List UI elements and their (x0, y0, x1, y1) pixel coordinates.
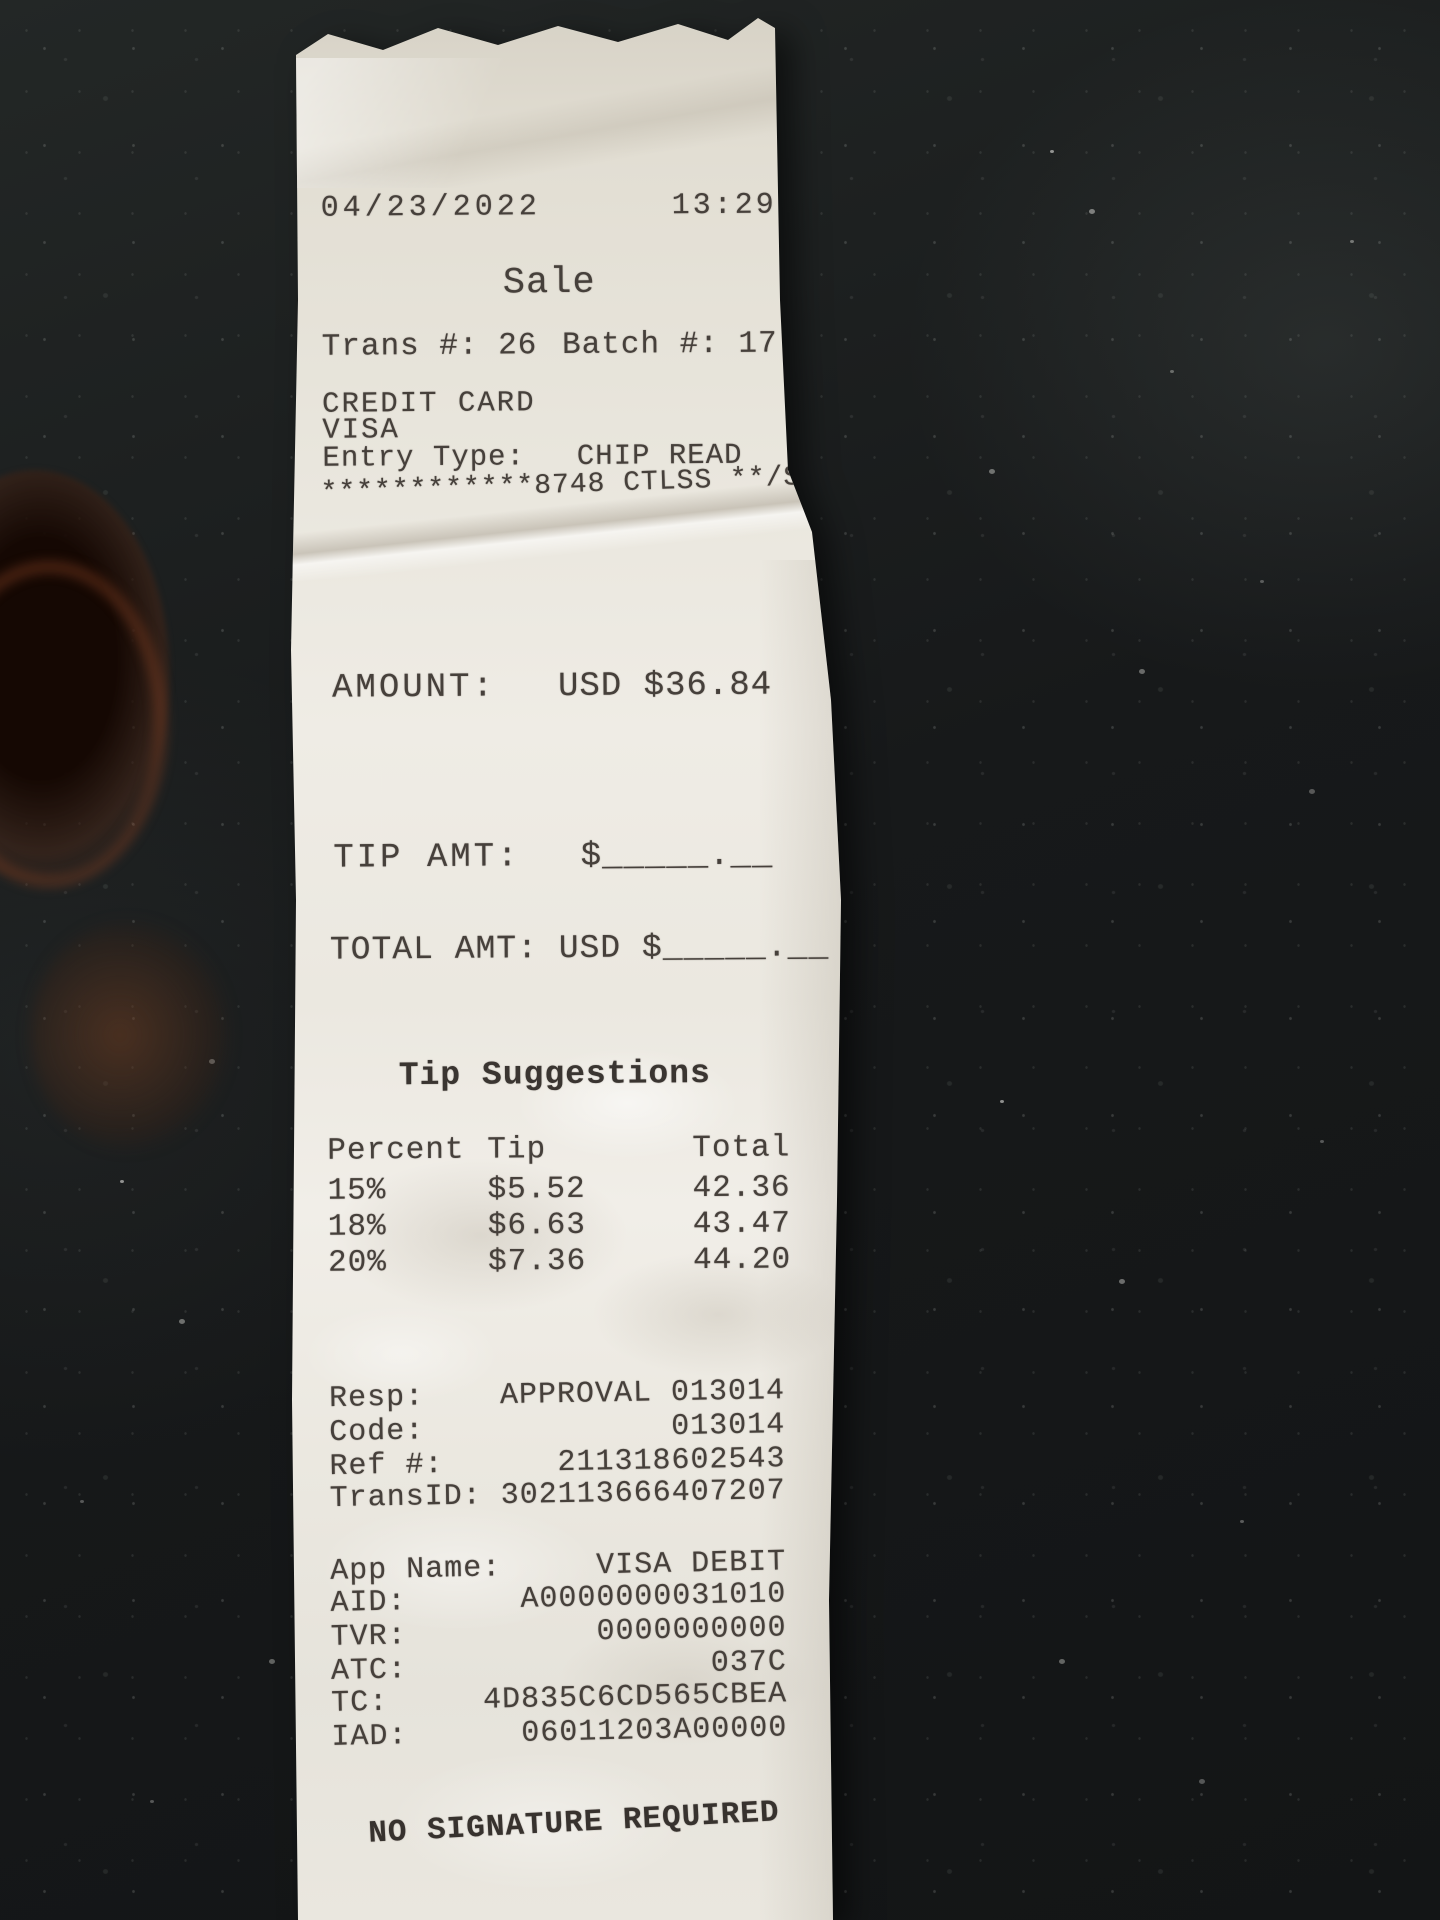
tip-suggestion-row: 15% $5.52 42.36 (327, 1171, 785, 1209)
tip-row-total: 43.47 (693, 1206, 791, 1242)
tip-row-percent: 15% (327, 1173, 487, 1209)
transid-label: TransID: (329, 1479, 482, 1516)
granite-speckles (1050, 150, 1054, 153)
tc-label: TC: (331, 1686, 389, 1721)
datetime-row: 04/23/2022 13:29 (321, 189, 777, 226)
trans-label: Trans #: (322, 329, 479, 365)
atc-value: 037C (711, 1645, 788, 1681)
receipt-time: 13:29 (672, 189, 777, 224)
receipt-paper: 04/23/2022 13:29 Sale Trans #: 26 Batch … (288, 0, 854, 1920)
tip-row-tip: $5.52 (487, 1171, 692, 1207)
tip-row-tip: $6.63 (488, 1207, 693, 1243)
batch-number: Batch #: 17 (562, 327, 778, 364)
tip-suggestions-header: Percent Tip Total (327, 1131, 785, 1169)
ref-label: Ref #: (329, 1448, 444, 1484)
tip-row-total: 44.20 (693, 1242, 791, 1278)
tip-suggestions-title-row: Tip Suggestions (327, 1055, 783, 1095)
entry-type-label: Entry Type: (322, 440, 525, 474)
col-percent: Percent (327, 1133, 487, 1169)
aid-value: A0000000031010 (520, 1577, 787, 1617)
tip-suggestion-row: 20% $7.36 44.20 (328, 1243, 786, 1281)
receipt-date: 04/23/2022 (321, 190, 541, 226)
granite-speckles (120, 1180, 124, 1183)
tip-label: TIP AMT: (333, 838, 520, 877)
tip-row-percent: 18% (328, 1209, 488, 1245)
trans-value: 26 (498, 328, 537, 363)
receipt-photo: 04/23/2022 13:29 Sale Trans #: 26 Batch … (288, 0, 854, 1920)
total-label: TOTAL AMT: USD $ (330, 929, 663, 968)
tip-suggestions-title: Tip Suggestions (399, 1055, 711, 1094)
receipt-content: 04/23/2022 13:29 Sale Trans #: 26 Batch … (281, 0, 860, 1920)
trans-number: Trans #: 26 (322, 328, 538, 365)
transid-row: TransID: 302113666407207 (329, 1474, 786, 1516)
resp-label: Resp: (329, 1380, 425, 1416)
amount-row: AMOUNT: USD $36.84 (332, 667, 772, 708)
col-tip: Tip (487, 1131, 692, 1167)
receipt-title: Sale (503, 262, 596, 305)
total-blank-field: _____.__ (663, 928, 830, 966)
iad-label: IAD: (331, 1719, 408, 1755)
no-signature-required-text: NO SIGNATURE REQUIRED (353, 1795, 794, 1853)
code-label: Code: (329, 1414, 425, 1450)
sale-title-row: Sale (321, 261, 777, 306)
tip-amount-row: TIP AMT: $_____.__ (333, 837, 773, 878)
tip-suggestion-row: 18% $6.63 43.47 (328, 1207, 786, 1245)
batch-label: Batch #: (562, 327, 719, 363)
batch-value: 17 (738, 327, 777, 362)
aid-label: AID: (330, 1585, 407, 1621)
iad-value: 06011203A00000 (521, 1711, 788, 1751)
granite-speckles (1000, 1100, 1004, 1103)
code-value: 013014 (671, 1408, 786, 1444)
trans-batch-row: Trans #: 26 Batch #: 17 (322, 327, 778, 365)
col-total: Total (692, 1130, 790, 1166)
transid-value: 302113666407207 (500, 1474, 786, 1513)
tip-row-total: 42.36 (692, 1170, 790, 1206)
tvr-label: TVR: (330, 1619, 407, 1655)
amount-value: USD $36.84 (558, 667, 772, 706)
tip-row-tip: $7.36 (488, 1243, 693, 1279)
wood-coaster-blob (30, 920, 230, 1150)
resp-value: APPROVAL 013014 (500, 1374, 786, 1413)
tip-row-percent: 20% (328, 1245, 488, 1281)
total-amount-row: TOTAL AMT: USD $_____.__ (330, 928, 808, 968)
tip-blank-field: $_____.__ (581, 837, 774, 876)
tvr-value: 0000000000 (596, 1611, 787, 1649)
amount-label: AMOUNT: (332, 669, 496, 708)
atc-label: ATC: (331, 1653, 408, 1689)
